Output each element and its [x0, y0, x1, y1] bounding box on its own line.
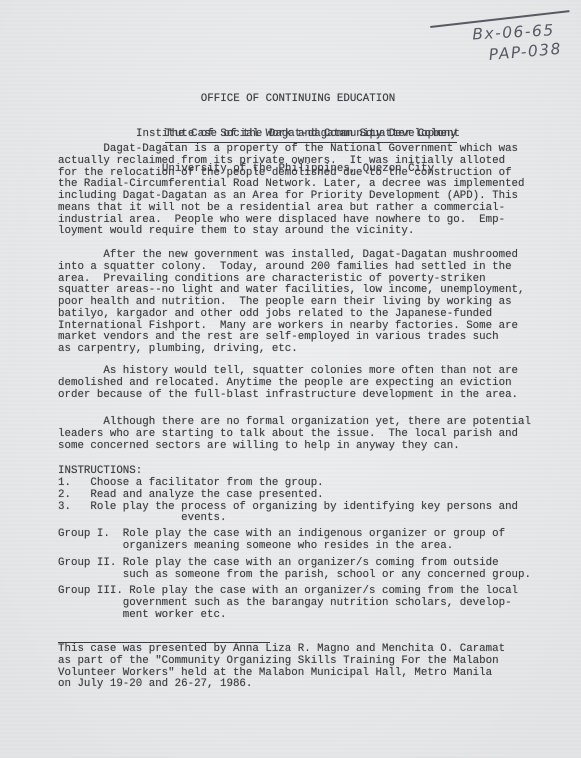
- scanned-document-page: Bx-06-65 PAP-038 OFFICE OF CONTINUING ED…: [0, 0, 581, 758]
- paragraph-4: Although there are no formal organizatio…: [58, 417, 531, 452]
- paragraph-2: After the new government was installed, …: [58, 250, 525, 356]
- handwritten-code-text: PAP-038: [488, 40, 563, 64]
- document-title-text: The Case of the Dagat-dagatan Squatter C…: [165, 129, 457, 143]
- letterhead-office: OFFICE OF CONTINUING EDUCATION: [58, 94, 538, 106]
- paragraph-3: As history would tell, squatter colonies…: [58, 366, 518, 401]
- group-3-assignment: Group III. Role play the case with an or…: [58, 586, 518, 621]
- paragraph-1: Dagat-Dagatan is a property of the Natio…: [58, 144, 525, 238]
- instructions-heading: INSTRUCTIONS:: [58, 466, 142, 478]
- group-2-assignment: Group II. Role play the case with an org…: [58, 558, 531, 582]
- instructions-list: 1. Choose a facilitator from the group. …: [58, 478, 518, 525]
- group-1-assignment: Group I. Role play the case with an indi…: [58, 529, 505, 553]
- footnote: This case was presented by Anna Liza R. …: [58, 644, 505, 691]
